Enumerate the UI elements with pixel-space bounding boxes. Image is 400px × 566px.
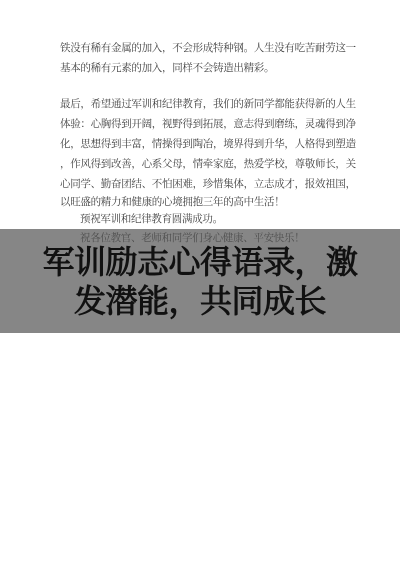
article-cover: 铁没有稀有金属的加入，不会形成特种钢。人生没有吃苦耐劳这一 基本的稀有元素的加入… (0, 0, 400, 566)
doc-text-line: 化，思想得到丰富，情操得到陶冶，境界得到升华，人格得到塑造 (60, 138, 356, 152)
overlay-title-line-2: 发潜能，共同成长 (0, 282, 400, 321)
doc-text-line: 最后，希望通过军训和纪律教育，我们的新同学都能获得新的人生 (60, 98, 356, 112)
doc-text-line: 预祝军训和纪律教育圆满成功。 (80, 213, 223, 227)
doc-text-line: 以旺盛的精力和健康的心境拥抱三年的高中生活！ (60, 196, 284, 210)
doc-text-line: ，作风得到改善，心系父母，情牵家庭，热爱学校，尊敬师长，关 (60, 158, 356, 172)
doc-text-line: 体验：心胸得到开阔，视野得到拓展，意志得到磨练，灵魂得到净 (60, 118, 356, 132)
title-overlay-band: 祝各位教官、老师和同学们身心健康、平安快乐！ 军训励志心得语录，激 发潜能，共同… (0, 229, 400, 333)
doc-text-line: 铁没有稀有金属的加入，不会形成特种钢。人生没有吃苦耐劳这一 (60, 42, 356, 56)
overlay-title-line-1: 军训励志心得语录，激 (0, 243, 400, 282)
doc-text-line: 基本的稀有元素的加入，同样不会铸造出精彩。 (60, 62, 274, 76)
doc-text-line: 心同学、勤奋团结、不怕困难，珍惜集体，立志成才，报效祖国， (60, 178, 356, 192)
